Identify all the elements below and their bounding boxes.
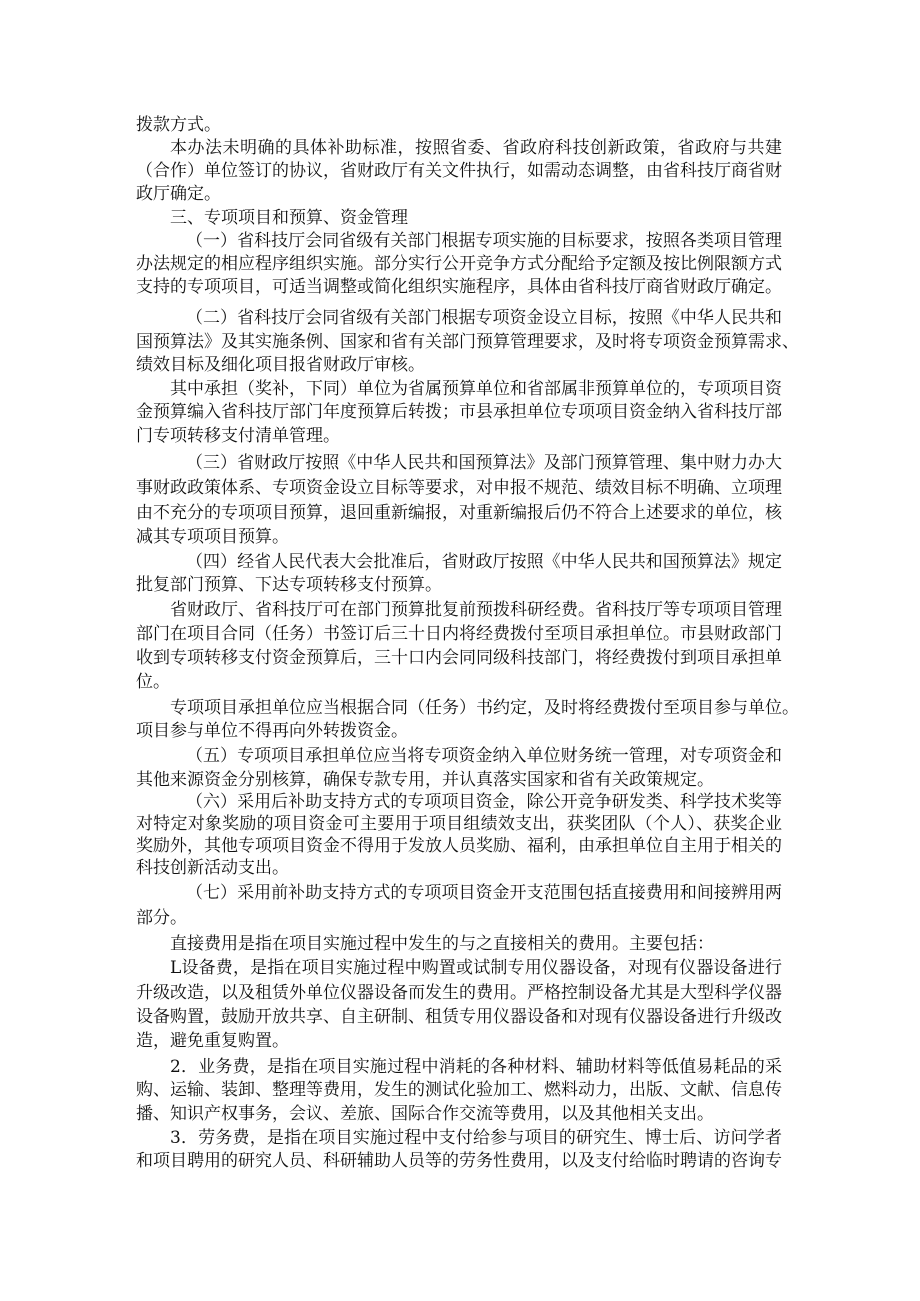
text-line: 部分。	[136, 906, 782, 930]
text-line: 造，避免重复购置。	[136, 1029, 782, 1053]
text-line: （三）省财政厅按照《中华人民共和国预算法》及部门预算管理、集中财力办大	[136, 451, 782, 475]
text-line: （六）采用后补助支持方式的专项项目资金，除公开竞争研发类、科学技术奖等	[136, 790, 782, 814]
text-line: 由不充分的专项项目预算，退回重新编报，对重新编报后仍不符合上述要求的单位，核	[136, 501, 782, 525]
text-line: （七）采用前补助支持方式的专项项目资金开支范围包括直接费用和间接辨用两	[136, 881, 782, 905]
text-line: 省财政厅、省科技厅可在部门预算批复前预拨科研经费。省科技厅等专项项目管理	[136, 598, 782, 622]
text-line: 国预算法》及其实施条例、国家和省有关部门预算管理要求，及时将专项资金预算需求、	[136, 330, 782, 354]
text-line: 政厅确定。	[136, 182, 782, 206]
text-line: 收到专项转移支付资金预算后，三十口内会同同级科技部门，将经费拨付到项目承担单	[136, 646, 782, 670]
text-line: 和项目聘用的研究人员、科研辅助人员等的劳务性费用，以及支付给临时聘请的咨询专	[136, 1149, 782, 1173]
text-line: 专项项目承担单位应当根据合同（任务）书约定，及时将经费拨付至项目参与单位。	[136, 696, 782, 720]
text-line: 金预算编入省科技厅部门年度预算后转拨；市县承担单位专项项目资金纳入省科技厅部	[136, 400, 782, 424]
text-line: 位。	[136, 670, 782, 694]
text-line: 设备购置，鼓励开放共享、自主研制、租赁专用仪器设备和对现有仪器设备进行升级改	[136, 1005, 782, 1029]
text-line: （四）经省人民代表大会批准后，省财政厅按照《中华人民共和国预算法》规定	[136, 550, 782, 574]
document-page: 拨款方式。本办法未明确的具体补助标准，按照省委、省政府科技创新政策，省政府与共建…	[0, 0, 920, 1301]
text-line: 三、专项项目和预算、资金管理	[136, 206, 782, 230]
text-line: 批复部门预算、下达专项转移支付预算。	[136, 573, 782, 597]
text-line: 升级改造，以及租赁外单位仪器设备而发生的费用。严格控制设备尤其是大型科学仪器	[136, 981, 782, 1005]
text-line: 拨款方式。	[136, 113, 782, 137]
text-line: （二）省科技厅会同省级有关部门根据专项资金设立目标，按照《中华人民共和	[136, 306, 782, 330]
text-line: 科技创新活动支出。	[136, 856, 782, 880]
text-line: 项目参与单位不得再向外转拨资金。	[136, 719, 782, 743]
text-line: L设备费，是指在项目实施过程中购置或试制专用仪器设备，对现有仪器设备进行	[136, 956, 782, 980]
text-line: 直接费用是指在项目实施过程中发生的与之直接相关的费用。主要包括：	[136, 932, 782, 956]
text-line: （合作）单位签订的协议，省财政厅有关文件执行，如需动态调整，由省科技厅商省财	[136, 159, 782, 183]
text-line: 减其专项项目预算。	[136, 525, 782, 549]
text-line: 本办法未明确的具体补助标准，按照省委、省政府科技创新政策，省政府与共建	[136, 136, 782, 160]
text-line: （五）专项项目承担单位应当将专项资金纳入单位财务统一管理，对专项资金和	[136, 744, 782, 768]
text-line: 办法规定的相应程序组织实施。部分实行公开竞争方式分配给予定额及按比例限额方式	[136, 252, 782, 276]
text-line: 奖励外，其他专项项目资金不得用于发放人员奖励、福利，由承担单位自主用于相关的	[136, 834, 782, 858]
text-line: 支持的专项项目，可适当调整或简化组织实施程序，具体由省科技厅商省财政厅确定。	[136, 275, 782, 299]
text-line: 购、运输、装卸、整理等费用，发生的测试化验加工、燃料动力，出版、文献、信息传	[136, 1078, 782, 1102]
text-line: 3．劳务费，是指在项目实施过程中支付给参与项目的研究生、博士后、访问学者	[136, 1126, 782, 1150]
text-line: 门专项转移支付清单管理。	[136, 424, 782, 448]
text-line: 播、知识产权事务，会议、差旅、国际合作交流等费用，以及其他相关支出。	[136, 1102, 782, 1126]
text-line: 2．业务费，是指在项目实施过程中消耗的各种材料、辅助材料等低值易耗品的采	[136, 1055, 782, 1079]
text-line: 绩效目标及细化项目报省财政厅审核。	[136, 353, 782, 377]
text-line: 事财政政策体系、专项资金设立目标等要求，对申报不规范、绩效目标不明确、立项理	[136, 476, 782, 500]
text-line: 其中承担（奖补，下同）单位为省属预算单位和省部属非预算单位的，专项项目资	[136, 377, 782, 401]
text-line: 其他来源资金分别核算，确保专款专用，并认真落实国家和省有关政策规定。	[136, 768, 782, 792]
text-line: （一）省科技厅会同省级有关部门根据专项实施的目标要求，按照各类项目管理	[136, 229, 782, 253]
text-line: 对特定对象奖励的项目资金可主要用于项目组绩效支出，获奖团队（个人）、获奖企业	[136, 812, 782, 836]
text-line: 部门在项目合同（任务）书签订后三十日内将经费拨付至项目承担单位。市县财政部门	[136, 622, 782, 646]
